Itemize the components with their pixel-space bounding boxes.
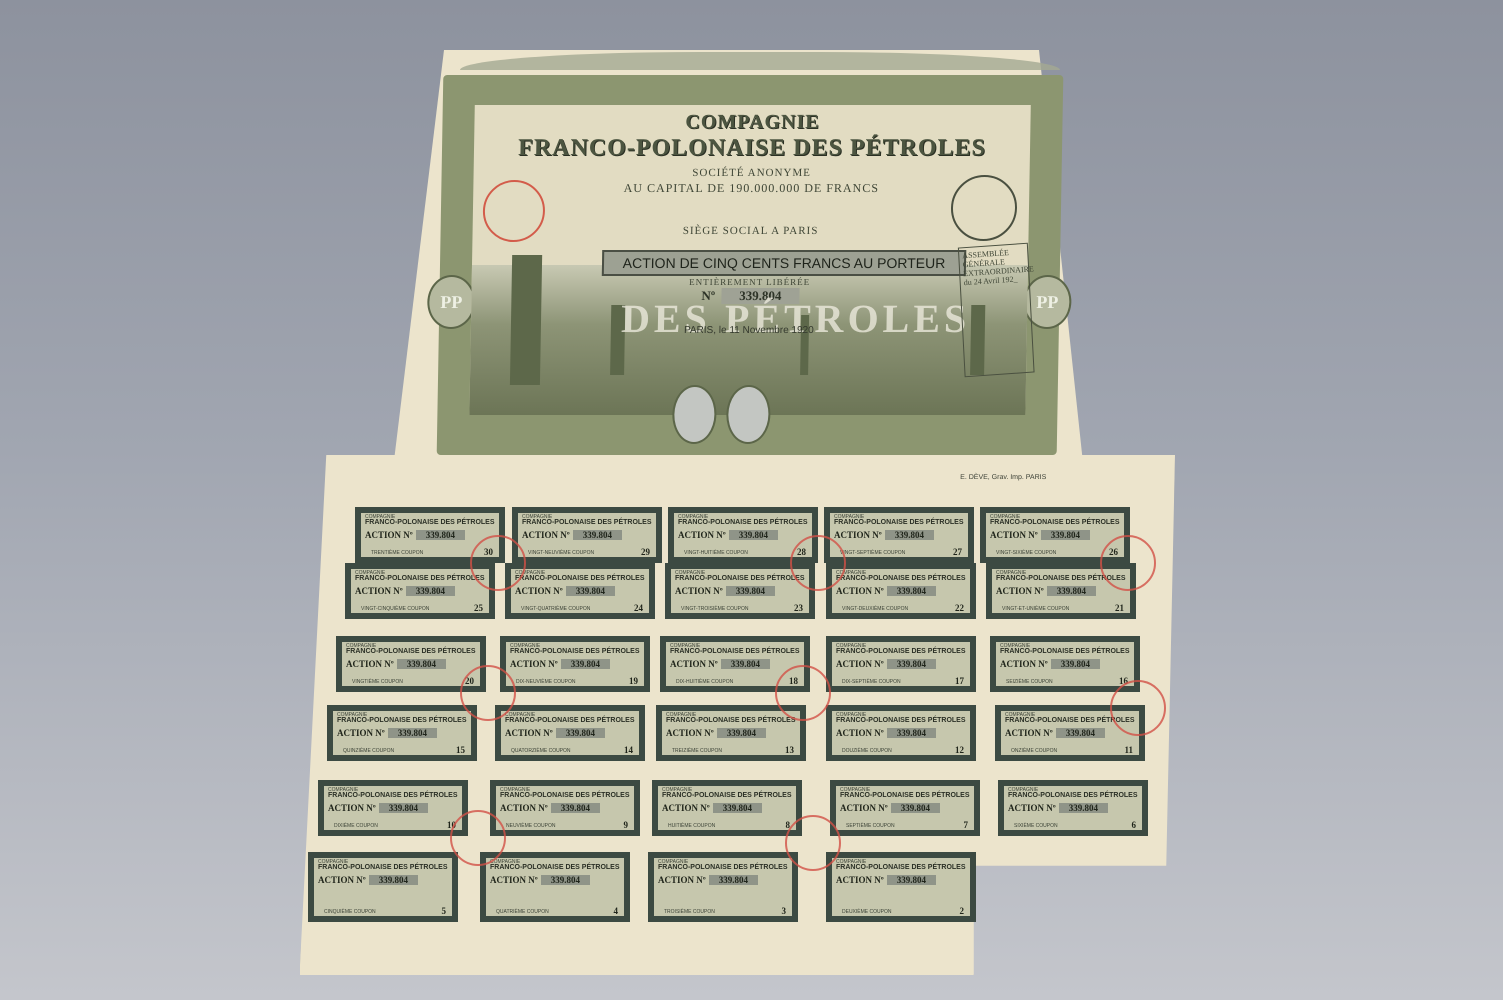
coupon-body: COMPAGNIEFRANCO-POLONAISE DES PÉTROLESAC… [351,569,489,613]
coupon-body: COMPAGNIEFRANCO-POLONAISE DES PÉTROLESAC… [658,786,796,830]
coupon-number: 339.804 [561,659,610,669]
coupon-label: QUATRIÈME COUPON [496,909,549,915]
coupon-index: 7 [964,820,969,830]
coupon-number: 339.804 [729,530,778,540]
coupon-action-label: ACTION Nº [505,728,553,738]
certificate-body: COMPAGNIE FRANCO-POLONAISE DES PÉTROLES … [469,105,1030,415]
coupon-action-label: ACTION Nº [318,875,366,885]
dividend-coupon: COMPAGNIEFRANCO-POLONAISE DES PÉTROLESAC… [512,507,662,563]
coupon-number: 339.804 [573,530,622,540]
coupon-body: COMPAGNIEFRANCO-POLONAISE DES PÉTROLESAC… [1004,786,1142,830]
coupon-index: 6 [1132,820,1137,830]
coupon-action: ACTION Nº339.804 [1000,659,1100,669]
coupon-company-name: FRANCO-POLONAISE DES PÉTROLES [522,519,652,526]
coupon-label: VINGT-ET-UNIÈME COUPON [1002,606,1069,612]
coupon-action: ACTION Nº339.804 [365,530,465,540]
dividend-coupon: COMPAGNIEFRANCO-POLONAISE DES PÉTROLESAC… [824,507,974,563]
coupon-action: ACTION Nº339.804 [515,586,615,596]
coupon-action-label: ACTION Nº [675,586,723,596]
coupon-label: VINGTIÈME COUPON [352,679,403,685]
share-type-banner: ACTION DE CINQ CENTS FRANCS AU PORTEUR [602,250,966,276]
coupon-index: 11 [1124,745,1133,755]
coupon-body: COMPAGNIEFRANCO-POLONAISE DES PÉTROLESAC… [662,711,800,755]
dividend-coupon: COMPAGNIEFRANCO-POLONAISE DES PÉTROLESAC… [490,780,640,836]
coupon-action: ACTION Nº339.804 [675,586,775,596]
coat-of-arms-icon [667,385,788,455]
coupon-company-name: FRANCO-POLONAISE DES PÉTROLES [365,519,495,526]
coupon-action-label: ACTION Nº [666,728,714,738]
coupon-number: 339.804 [416,530,465,540]
coupon-label: TRENTIÈME COUPON [371,550,423,556]
coupon-body: COMPAGNIEFRANCO-POLONAISE DES PÉTROLESAC… [832,858,970,916]
coupon-number: 339.804 [717,728,766,738]
coupon-body: COMPAGNIEFRANCO-POLONAISE DES PÉTROLESAC… [506,642,644,686]
coupon-body: COMPAGNIEFRANCO-POLONAISE DES PÉTROLESAC… [674,513,812,557]
coupon-company-name: FRANCO-POLONAISE DES PÉTROLES [840,792,970,799]
coupon-number: 339.804 [1047,586,1096,596]
dividend-coupon: COMPAGNIEFRANCO-POLONAISE DES PÉTROLESAC… [990,636,1140,692]
coupon-number: 339.804 [541,875,590,885]
coupon-action: ACTION Nº339.804 [996,586,1096,596]
coupon-label: DIX-SEPTIÈME COUPON [842,679,901,685]
coupon-action: ACTION Nº339.804 [840,803,940,813]
dividend-coupon: COMPAGNIEFRANCO-POLONAISE DES PÉTROLESAC… [652,780,802,836]
coupon-body: COMPAGNIEFRANCO-POLONAISE DES PÉTROLESAC… [832,711,970,755]
coupon-body: COMPAGNIEFRANCO-POLONAISE DES PÉTROLESAC… [518,513,656,557]
coupon-index: 2 [960,906,965,916]
coupon-number: 339.804 [887,586,936,596]
coupon-number: 339.804 [388,728,437,738]
coupon-label: SEIZIÈME COUPON [1006,679,1053,685]
coupon-number: 339.804 [887,875,936,885]
coupon-number: 339.804 [551,803,600,813]
coupon-action: ACTION Nº339.804 [346,659,446,669]
coupon-index: 9 [624,820,629,830]
coupon-index: 17 [955,676,964,686]
coupon-action: ACTION Nº339.804 [500,803,600,813]
coupon-index: 12 [955,745,964,755]
derrick-icon [510,255,542,385]
coupon-action-label: ACTION Nº [836,659,884,669]
coupon-label: VINGT-HUITIÈME COUPON [684,550,748,556]
coupon-action-label: ACTION Nº [1008,803,1056,813]
coupon-action: ACTION Nº339.804 [490,875,590,885]
coupon-index: 22 [955,603,964,613]
coupon-company-name: FRANCO-POLONAISE DES PÉTROLES [1000,648,1130,655]
coupon-company-name: FRANCO-POLONAISE DES PÉTROLES [346,648,476,655]
coupon-action-label: ACTION Nº [500,803,548,813]
pp-monogram-left-icon: PP [427,275,476,329]
coupon-action: ACTION Nº339.804 [337,728,437,738]
coupon-action-label: ACTION Nº [490,875,538,885]
coupon-body: COMPAGNIEFRANCO-POLONAISE DES PÉTROLESAC… [830,513,968,557]
coupon-action: ACTION Nº339.804 [1008,803,1108,813]
coupon-action-label: ACTION Nº [836,586,884,596]
coupon-company-name: FRANCO-POLONAISE DES PÉTROLES [678,519,808,526]
coupon-action-label: ACTION Nº [365,530,413,540]
coupon-label: ONZIÈME COUPON [1011,748,1057,754]
coupon-number: 339.804 [397,659,446,669]
place-date: PARIS, le 11 Novembre 1920 [471,325,1027,336]
coupon-body: COMPAGNIEFRANCO-POLONAISE DES PÉTROLESAC… [996,642,1134,686]
coupon-action: ACTION Nº339.804 [678,530,778,540]
coupon-company-name: FRANCO-POLONAISE DES PÉTROLES [836,717,966,724]
coupon-company-name: FRANCO-POLONAISE DES PÉTROLES [490,864,620,871]
coupon-number: 339.804 [1059,803,1108,813]
coupon-index: 15 [456,745,465,755]
coupon-label: VINGT-QUATRIÈME COUPON [521,606,590,612]
coupon-action-label: ACTION Nº [990,530,1038,540]
coupon-body: COMPAGNIEFRANCO-POLONAISE DES PÉTROLESAC… [486,858,624,916]
dividend-coupon: COMPAGNIEFRANCO-POLONAISE DES PÉTROLESAC… [648,852,798,922]
coupon-action: ACTION Nº339.804 [836,728,936,738]
coupon-company-name: FRANCO-POLONAISE DES PÉTROLES [658,864,788,871]
coupon-label: VINGT-CINQUIÈME COUPON [361,606,429,612]
coupon-body: COMPAGNIEFRANCO-POLONAISE DES PÉTROLESAC… [832,569,970,613]
coupon-label: VINGT-DEUXIÈME COUPON [842,606,908,612]
red-seal-icon [470,535,526,591]
coupon-label: VINGT-NEUVIÈME COUPON [528,550,594,556]
coupon-index: 13 [785,745,794,755]
coupon-body: COMPAGNIEFRANCO-POLONAISE DES PÉTROLESAC… [671,569,809,613]
coupon-body: COMPAGNIEFRANCO-POLONAISE DES PÉTROLESAC… [836,786,974,830]
coupon-company-name: FRANCO-POLONAISE DES PÉTROLES [505,717,635,724]
dividend-coupon: COMPAGNIEFRANCO-POLONAISE DES PÉTROLESAC… [998,780,1148,836]
coupon-action: ACTION Nº339.804 [505,728,605,738]
coupon-action-label: ACTION Nº [355,586,403,596]
company-line2: FRANCO-POLONAISE DES PÉTROLES [474,135,1030,162]
coupon-label: SIXIÈME COUPON [1014,823,1058,829]
coupon-body: COMPAGNIEFRANCO-POLONAISE DES PÉTROLESAC… [501,711,639,755]
coupon-index: 21 [1115,603,1124,613]
coupon-company-name: FRANCO-POLONAISE DES PÉTROLES [990,519,1120,526]
coupon-action: ACTION Nº339.804 [836,875,936,885]
coupon-label: NEUVIÈME COUPON [506,823,555,829]
coupon-body: COMPAGNIEFRANCO-POLONAISE DES PÉTROLESAC… [511,569,649,613]
coupon-label: DEUXIÈME COUPON [842,909,891,915]
coupon-number: 339.804 [369,875,418,885]
coupon-number: 339.804 [713,803,762,813]
coupon-body: COMPAGNIEFRANCO-POLONAISE DES PÉTROLESAC… [832,642,970,686]
coupon-number: 339.804 [721,659,770,669]
dividend-coupon: COMPAGNIEFRANCO-POLONAISE DES PÉTROLESAC… [318,780,468,836]
coupon-body: COMPAGNIEFRANCO-POLONAISE DES PÉTROLESAC… [314,858,452,916]
coupon-action: ACTION Nº339.804 [355,586,455,596]
red-seal-icon [450,810,506,866]
dividend-coupon: COMPAGNIEFRANCO-POLONAISE DES PÉTROLESAC… [480,852,630,922]
coupon-body: COMPAGNIEFRANCO-POLONAISE DES PÉTROLESAC… [342,642,480,686]
coupon-action-label: ACTION Nº [328,803,376,813]
dividend-coupon: COMPAGNIEFRANCO-POLONAISE DES PÉTROLESAC… [826,563,976,619]
dividend-coupon: COMPAGNIEFRANCO-POLONAISE DES PÉTROLESAC… [308,852,458,922]
coupon-company-name: FRANCO-POLONAISE DES PÉTROLES [337,717,467,724]
coupon-label: HUITIÈME COUPON [668,823,715,829]
coupon-action: ACTION Nº339.804 [510,659,610,669]
coupon-action: ACTION Nº339.804 [318,875,418,885]
coupon-company-name: FRANCO-POLONAISE DES PÉTROLES [510,648,640,655]
coupon-index: 3 [782,906,787,916]
capital: AU CAPITAL DE 190.000.000 DE FRANCS [473,181,1029,196]
dividend-coupon: COMPAGNIEFRANCO-POLONAISE DES PÉTROLESAC… [495,705,645,761]
coupon-action-label: ACTION Nº [522,530,570,540]
coupon-action: ACTION Nº339.804 [836,586,936,596]
coupon-action-label: ACTION Nº [658,875,706,885]
coupon-action: ACTION Nº339.804 [990,530,1090,540]
coupon-number: 339.804 [379,803,428,813]
coupon-action-label: ACTION Nº [996,586,1044,596]
coupon-index: 29 [641,547,650,557]
coupon-company-name: FRANCO-POLONAISE DES PÉTROLES [834,519,964,526]
coupon-label: DIX-HUITIÈME COUPON [676,679,733,685]
coupon-action-label: ACTION Nº [515,586,563,596]
red-seal-icon [1110,680,1166,736]
coupon-action: ACTION Nº339.804 [836,659,936,669]
coupon-company-name: FRANCO-POLONAISE DES PÉTROLES [328,792,458,799]
coupon-company-name: FRANCO-POLONAISE DES PÉTROLES [675,575,805,582]
coupon-label: DIXIÈME COUPON [334,823,378,829]
coupon-company-name: FRANCO-POLONAISE DES PÉTROLES [318,864,448,871]
company-line1: COMPAGNIE [474,111,1030,134]
seat: SIÈGE SOCIAL A PARIS [472,225,1028,237]
coupon-body: COMPAGNIEFRANCO-POLONAISE DES PÉTROLESAC… [324,786,462,830]
coupon-number: 339.804 [1056,728,1105,738]
dividend-coupon: COMPAGNIEFRANCO-POLONAISE DES PÉTROLESAC… [830,780,980,836]
red-seal-icon [1100,535,1156,591]
coupon-label: CINQUIÈME COUPON [324,909,376,915]
coupon-index: 24 [634,603,643,613]
coupon-index: 19 [629,676,638,686]
company-type: SOCIÉTÉ ANONYME [474,167,1030,179]
coupon-company-name: FRANCO-POLONAISE DES PÉTROLES [836,648,966,655]
coupon-label: DOUZIÈME COUPON [842,748,892,754]
coupon-label: QUINZIÈME COUPON [343,748,394,754]
coupon-number: 339.804 [891,803,940,813]
coupon-label: QUATORZIÈME COUPON [511,748,571,754]
coupon-number: 339.804 [887,659,936,669]
overprint-stamp: ASSEMBLÉE GÉNÉRALE EXTRAORDINAIRE du 24 … [958,243,1035,378]
coupon-number: 339.804 [726,586,775,596]
photo-scene: PP PP COMPAGNIE FRANCO-POLONAISE DES PÉT… [0,0,1503,1000]
coupon-company-name: FRANCO-POLONAISE DES PÉTROLES [355,575,485,582]
dividend-coupon: COMPAGNIEFRANCO-POLONAISE DES PÉTROLESAC… [826,852,976,922]
dividend-coupon: COMPAGNIEFRANCO-POLONAISE DES PÉTROLESAC… [826,705,976,761]
coupon-label: VINGT-TROISIÈME COUPON [681,606,749,612]
coupon-action-label: ACTION Nº [670,659,718,669]
coupon-number: 339.804 [556,728,605,738]
coupon-number: 339.804 [885,530,934,540]
red-seal-icon [790,535,846,591]
coupon-number: 339.804 [406,586,455,596]
coupon-index: 5 [442,906,447,916]
coupon-index: 4 [614,906,619,916]
coupon-action: ACTION Nº339.804 [658,875,758,885]
coupon-company-name: FRANCO-POLONAISE DES PÉTROLES [662,792,792,799]
coupon-action-label: ACTION Nº [337,728,385,738]
red-seal-icon [785,815,841,871]
coupon-body: COMPAGNIEFRANCO-POLONAISE DES PÉTROLESAC… [654,858,792,916]
dividend-coupon: COMPAGNIEFRANCO-POLONAISE DES PÉTROLESAC… [327,705,477,761]
dividend-coupon: COMPAGNIEFRANCO-POLONAISE DES PÉTROLESAC… [505,563,655,619]
coupon-index: 14 [624,745,633,755]
coupon-body: COMPAGNIEFRANCO-POLONAISE DES PÉTROLESAC… [496,786,634,830]
coupon-action-label: ACTION Nº [510,659,558,669]
coupon-company-name: FRANCO-POLONAISE DES PÉTROLES [670,648,800,655]
coupon-action-label: ACTION Nº [662,803,710,813]
coupon-action: ACTION Nº339.804 [662,803,762,813]
coupon-company-name: FRANCO-POLONAISE DES PÉTROLES [836,575,966,582]
coupon-index: 27 [953,547,962,557]
coupon-label: DIX-NEUVIÈME COUPON [516,679,575,685]
coupon-action-label: ACTION Nº [836,728,884,738]
coupon-action-label: ACTION Nº [1005,728,1053,738]
certificate-frame: PP PP COMPAGNIE FRANCO-POLONAISE DES PÉT… [437,75,1064,455]
coupon-label: TREIZIÈME COUPON [672,748,722,754]
coupon-action-label: ACTION Nº [346,659,394,669]
coupon-action-label: ACTION Nº [840,803,888,813]
coupon-company-name: FRANCO-POLONAISE DES PÉTROLES [1008,792,1138,799]
coupon-body: COMPAGNIEFRANCO-POLONAISE DES PÉTROLESAC… [333,711,471,755]
dividend-coupon: COMPAGNIEFRANCO-POLONAISE DES PÉTROLESAC… [500,636,650,692]
coupon-number: 339.804 [709,875,758,885]
coupon-number: 339.804 [1051,659,1100,669]
coupon-label: VINGT-SIXIÈME COUPON [996,550,1056,556]
coupon-action-label: ACTION Nº [836,875,884,885]
coupon-number: 339.804 [1041,530,1090,540]
coupon-index: 23 [794,603,803,613]
coupon-action: ACTION Nº339.804 [522,530,622,540]
paid-status: ENTIÈREMENT LIBÉRÉE [472,277,1028,287]
coupon-number: 339.804 [887,728,936,738]
coupon-label: VINGT-SEPTIÈME COUPON [840,550,905,556]
coupon-number: 339.804 [566,586,615,596]
coupon-company-name: FRANCO-POLONAISE DES PÉTROLES [666,717,796,724]
coupon-action: ACTION Nº339.804 [670,659,770,669]
coupon-company-name: FRANCO-POLONAISE DES PÉTROLES [515,575,645,582]
coupon-label: SEPTIÈME COUPON [846,823,895,829]
coupon-action: ACTION Nº339.804 [1005,728,1105,738]
coupon-action: ACTION Nº339.804 [328,803,428,813]
coupon-company-name: FRANCO-POLONAISE DES PÉTROLES [500,792,630,799]
coupon-index: 25 [474,603,483,613]
coupon-action: ACTION Nº339.804 [834,530,934,540]
coupon-action: ACTION Nº339.804 [666,728,766,738]
dividend-coupon: COMPAGNIEFRANCO-POLONAISE DES PÉTROLESAC… [826,636,976,692]
red-seal-icon [775,665,831,721]
coupon-action-label: ACTION Nº [678,530,726,540]
printer-credit: E. DÈVE, Grav. Imp. PARIS [960,474,1046,481]
coupon-label: TROISIÈME COUPON [664,909,715,915]
coupon-action-label: ACTION Nº [1000,659,1048,669]
coupon-company-name: FRANCO-POLONAISE DES PÉTROLES [836,864,966,871]
red-seal-icon [460,665,516,721]
coupon-action-label: ACTION Nº [834,530,882,540]
